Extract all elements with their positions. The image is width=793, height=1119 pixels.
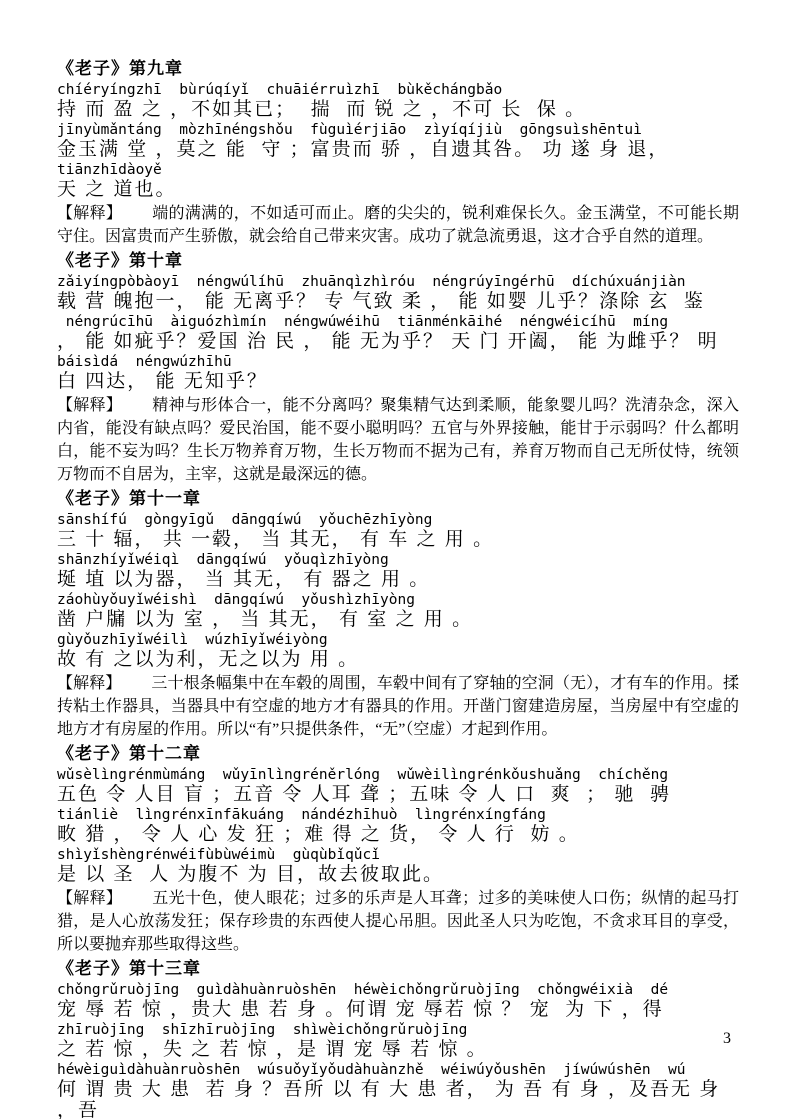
hanzi-line: 凿 户牖 以为 室 ， 当 其无， 有 室 之 用 。: [57, 609, 739, 630]
pinyin-line: héwèiguìdàhuànruòshēn wúsuǒyǐyǒudàhuànzh…: [57, 1062, 739, 1079]
chapter-title: 《老子》第十章: [57, 251, 739, 271]
pinyin-line: záohùyǒuyǐwéishì dāngqíwú yǒushìzhīyòng: [57, 592, 739, 609]
verse-line: wǔsèlìngrénmùmáng wǔyīnlìngréněrlóng wǔw…: [57, 767, 739, 805]
explanation-label: 【解释】: [57, 205, 122, 222]
verse-line: tiānzhīdàoyě 天 之 道也。: [57, 162, 739, 200]
chapter-title: 《老子》第九章: [57, 59, 739, 79]
chapter-section-9: 《老子》第九章 chíéryíngzhī bùrúqíyǐ chuāiérruì…: [57, 59, 739, 248]
verse-line: chíéryíngzhī bùrúqíyǐ chuāiérruìzhī bùkě…: [57, 82, 739, 120]
pinyin-line: wǔsèlìngrénmùmáng wǔyīnlìngréněrlóng wǔw…: [57, 767, 739, 784]
hanzi-line: 故 有 之以为利，无之以为 用 。: [57, 649, 739, 670]
chapter-section-11: 《老子》第十一章 sānshífú gòngyīgǔ dāngqíwú yǒuc…: [57, 489, 739, 741]
chapter-title: 《老子》第十一章: [57, 489, 739, 509]
explanation: 【解释】五光十色，使人眼花；过多的乐声是人耳聋；过多的美味使人口伤；纵情的起马打…: [57, 887, 739, 956]
pinyin-line: sānshífú gòngyīgǔ dāngqíwú yǒuchēzhīyòng: [57, 512, 739, 529]
hanzi-line: 三 十 辐， 共 一毂， 当 其无， 有 车 之 用 。: [57, 529, 739, 550]
pinyin-line: chíéryíngzhī bùrúqíyǐ chuāiérruìzhī bùkě…: [57, 82, 739, 99]
verse-line: héwèiguìdàhuànruòshēn wúsuǒyǐyǒudàhuànzh…: [57, 1062, 739, 1119]
explanation-text: 精神与形体合一，能不分离吗？聚集精气达到柔顺，能象婴儿吗？洗清杂念，深入内省，能…: [57, 397, 739, 483]
verse-line: shānzhíyǐwéiqì dāngqíwú yǒuqìzhīyòng 埏 埴…: [57, 552, 739, 590]
pinyin-line: chǒngrǔruòjīng guìdàhuànruòshēn héwèichǒ…: [57, 982, 739, 999]
chapter-section-12: 《老子》第十二章 wǔsèlìngrénmùmáng wǔyīnlìngréně…: [57, 744, 739, 956]
pinyin-line: gùyǒuzhīyǐwéilì wúzhīyǐwéiyòng: [57, 632, 739, 649]
explanation-text: 五光十色，使人眼花；过多的乐声是人耳聋；过多的美味使人口伤；纵情的起马打猎，是人…: [57, 890, 739, 953]
hanzi-line: 白 四达， 能 无知乎？: [57, 371, 739, 392]
explanation: 【解释】精神与形体合一，能不分离吗？聚集精气达到柔顺，能象婴儿吗？洗清杂念，深入…: [57, 394, 739, 486]
explanation-label: 【解释】: [57, 890, 122, 907]
pinyin-line: báisìdá néngwúzhīhū: [57, 354, 739, 371]
pinyin-line: shìyǐshèngrénwéifùbùwéimù gùqùbǐqǔcǐ: [57, 847, 739, 864]
hanzi-line: 埏 埴 以为器， 当 其无， 有 器之 用 。: [57, 569, 739, 590]
chapter-title: 《老子》第十二章: [57, 744, 739, 764]
explanation-text: 端的满满的，不如适可而止。磨的尖尖的，锐利难保长久。金玉满堂，不可能长期守住。因…: [57, 205, 739, 245]
verse-line: shìyǐshèngrénwéifùbùwéimù gùqùbǐqǔcǐ 是 以…: [57, 847, 739, 885]
chapter-title: 《老子》第十三章: [57, 959, 739, 979]
hanzi-line: 持 而 盈 之 ，不如其已； 揣 而 锐 之 ，不可 长 保 。: [57, 99, 739, 120]
chapter-section-10: 《老子》第十章 zǎiyíngpòbàoyī néngwúlíhū zhuānq…: [57, 251, 739, 486]
verse-line: néngrúcīhū àiguózhìmín néngwúwéihū tiānm…: [57, 314, 739, 352]
chapter-section-13: 《老子》第十三章 chǒngrǔruòjīng guìdàhuànruòshēn…: [57, 959, 739, 1119]
hanzi-line: 宠 辱 若 惊 ，贵大 患 若 身 。何谓 宠 辱若 惊 ？ 宠 为 下 ，得: [57, 999, 739, 1020]
verse-line: zhīruòjīng shīzhīruòjīng shìwèichǒngrǔru…: [57, 1022, 739, 1060]
explanation: 【解释】端的满满的，不如适可而止。磨的尖尖的，锐利难保长久。金玉满堂，不可能长期…: [57, 202, 739, 248]
pinyin-line: zǎiyíngpòbàoyī néngwúlíhū zhuānqìzhìróu …: [57, 274, 739, 291]
hanzi-line: 载 营 魄抱一， 能 无离乎？ 专 气致 柔 ， 能 如婴 儿乎？涤除 玄 鉴: [57, 291, 739, 312]
explanation-text: 三十根条幅集中在车毂的周围，车毂中间有了穿轴的空洞（无），才有车的作用。揉抟粘土…: [57, 675, 739, 738]
hanzi-line: 何 谓 贵 大 患 若 身 ？吾所 以 有 大 患 者， 为 吾 有 身 ，及吾…: [57, 1079, 739, 1119]
page-number: 3: [723, 1030, 731, 1048]
verse-line: gùyǒuzhīyǐwéilì wúzhīyǐwéiyòng 故 有 之以为利，…: [57, 632, 739, 670]
pinyin-line: zhīruòjīng shīzhīruòjīng shìwèichǒngrǔru…: [57, 1022, 739, 1039]
verse-line: záohùyǒuyǐwéishì dāngqíwú yǒushìzhīyòng …: [57, 592, 739, 630]
hanzi-line: 天 之 道也。: [57, 179, 739, 200]
pinyin-line: shānzhíyǐwéiqì dāngqíwú yǒuqìzhīyòng: [57, 552, 739, 569]
hanzi-line: 之 若 惊 ，失 之 若 惊 ，是 谓 宠 辱 若 惊 。: [57, 1039, 739, 1060]
verse-line: tiánliè lìngrénxīnfākuáng nándézhīhuò lì…: [57, 807, 739, 845]
hanzi-line: 五色 令 人目 盲 ；五音 令 人耳 聋 ；五味 令 人 口 爽 ； 驰 骋: [57, 784, 739, 805]
explanation-label: 【解释】: [57, 675, 121, 692]
verse-line: báisìdá néngwúzhīhū 白 四达， 能 无知乎？: [57, 354, 739, 392]
page-content: 《老子》第九章 chíéryíngzhī bùrúqíyǐ chuāiérruì…: [57, 56, 739, 1119]
hanzi-line: 畋 猎 ， 令 人 心 发 狂 ；难 得 之 货， 令 人 行 妨 。: [57, 824, 739, 845]
hanzi-line: ， 能 如疵乎？爱国 治 民 ， 能 无为乎？ 天 门 开阖， 能 为雌乎？ 明: [57, 331, 739, 352]
verse-line: jīnyùmǎntáng mòzhīnéngshǒu fùguìérjiāo z…: [57, 122, 739, 160]
hanzi-line: 金玉满 堂 ，莫之 能 守 ；富贵而 骄 ，自遗其咎。 功 遂 身 退，: [57, 139, 739, 160]
document-page: 《老子》第九章 chíéryíngzhī bùrúqíyǐ chuāiérruì…: [0, 0, 793, 1119]
pinyin-line: tiānzhīdàoyě: [57, 162, 739, 179]
explanation: 【解释】三十根条幅集中在车毂的周围，车毂中间有了穿轴的空洞（无），才有车的作用。…: [57, 672, 739, 741]
explanation-label: 【解释】: [57, 397, 122, 414]
verse-line: sānshífú gòngyīgǔ dāngqíwú yǒuchēzhīyòng…: [57, 512, 739, 550]
pinyin-line: tiánliè lìngrénxīnfākuáng nándézhīhuò lì…: [57, 807, 739, 824]
pinyin-line: jīnyùmǎntáng mòzhīnéngshǒu fùguìérjiāo z…: [57, 122, 739, 139]
verse-line: zǎiyíngpòbàoyī néngwúlíhū zhuānqìzhìróu …: [57, 274, 739, 312]
pinyin-line: néngrúcīhū àiguózhìmín néngwúwéihū tiānm…: [57, 314, 739, 331]
verse-line: chǒngrǔruòjīng guìdàhuànruòshēn héwèichǒ…: [57, 982, 739, 1020]
hanzi-line: 是 以 圣 人 为腹不 为 目，故去彼取此。: [57, 864, 739, 885]
